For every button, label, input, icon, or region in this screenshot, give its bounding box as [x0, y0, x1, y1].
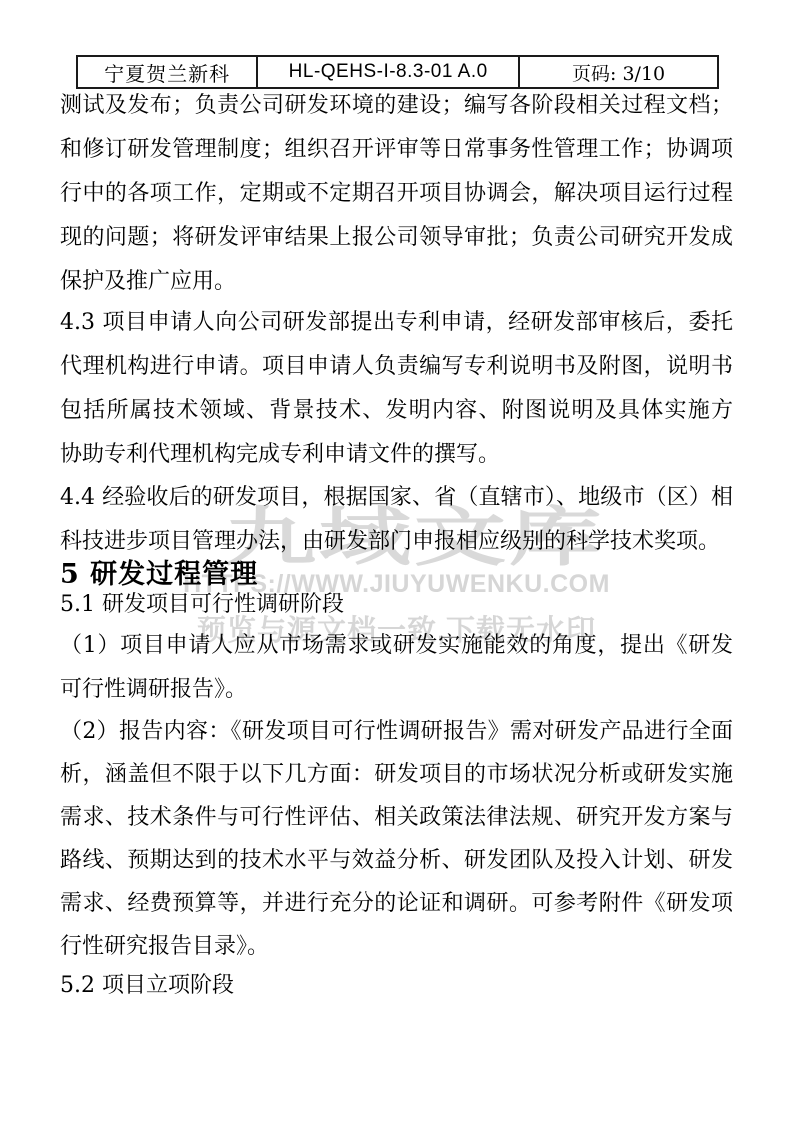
subsection-heading: 5.2 项目立项阶段	[60, 964, 733, 1008]
text-line: 析，涵盖但不限于以下几方面：研发项目的市场状况分析或研发实施能效	[60, 753, 733, 796]
paragraph: 测试及发布；负责公司研发环境的建设；编写各阶段相关过程文档；制定和修订研发管理制…	[60, 84, 733, 304]
header-document-number: HL-QEHS-I-8.3-01 A.0	[258, 57, 520, 87]
text-line: 测试及发布；负责公司研发环境的建设；编写各阶段相关过程文档；制定	[60, 84, 733, 128]
text-line: 现的问题；将研发评审结果上报公司领导审批；负责公司研究开发成果的	[60, 216, 733, 260]
text-line: 代理机构进行申请。项目申请人负责编写专利说明书及附图，说明书内容	[60, 345, 733, 389]
subsection-heading: 5.1 研发项目可行性调研阶段	[60, 583, 733, 627]
document-page: 九域文库 HTTPS://WWW.JIUYUWENKU.COM 预览与源文档一致…	[0, 0, 793, 1122]
paragraph: （2）报告内容：《研发项目可行性调研报告》需对研发产品进行全面分析，涵盖但不限于…	[60, 710, 733, 968]
header-company-name: 宁夏贺兰新科	[78, 57, 258, 87]
document-body: 测试及发布；负责公司研发环境的建设；编写各阶段相关过程文档；制定和修订研发管理制…	[60, 84, 733, 1008]
text-line: 4.3 项目申请人向公司研发部提出专利申请，经研发部审核后，委托专利	[60, 301, 733, 345]
text-line: 包括所属技术领域、背景技术、发明内容、附图说明及具体实施方式；并	[60, 389, 733, 433]
header-table: 宁夏贺兰新科 HL-QEHS-I-8.3-01 A.0 页码: 3/10	[76, 55, 719, 89]
text-line: （1）项目申请人应从市场需求或研发实施能效的角度，提出《研发项目	[60, 624, 733, 668]
text-line: 协助专利代理机构完成专利申请文件的撰写。	[60, 433, 733, 477]
text-line: 需求、技术条件与可行性评估、相关政策法律法规、研究开发方案与技术	[60, 796, 733, 839]
paragraph: 4.4 经验收后的研发项目，根据国家、省（直辖市）、地级市（区）相关科技进步项目…	[60, 476, 733, 564]
text-line: 路线、预期达到的技术水平与效益分析、研发团队及投入计划、研发设备	[60, 839, 733, 882]
text-line: 需求、经费预算等，并进行充分的论证和调研。可参考附件《研发项目可	[60, 882, 733, 925]
text-line: 5.2 项目立项阶段	[60, 964, 733, 1008]
paragraph: （1）项目申请人应从市场需求或研发实施能效的角度，提出《研发项目可行性调研报告》…	[60, 624, 733, 712]
text-line: 5.1 研发项目可行性调研阶段	[60, 583, 733, 627]
text-line: （2）报告内容：《研发项目可行性调研报告》需对研发产品进行全面分	[60, 710, 733, 753]
text-line: 4.4 经验收后的研发项目，根据国家、省（直辖市）、地级市（区）相关	[60, 476, 733, 520]
paragraph: 4.3 项目申请人向公司研发部提出专利申请，经研发部审核后，委托专利代理机构进行…	[60, 301, 733, 477]
text-line: 保护及推广应用。	[60, 260, 733, 304]
text-line: 行性研究报告目录》。	[60, 925, 733, 968]
text-line: 和修订研发管理制度；组织召开评审等日常事务性管理工作；协调项目执	[60, 128, 733, 172]
header-page-number: 页码: 3/10	[520, 57, 717, 87]
text-line: 行中的各项工作，定期或不定期召开项目协调会，解决项目运行过程中出	[60, 172, 733, 216]
text-line: 可行性调研报告》。	[60, 668, 733, 712]
